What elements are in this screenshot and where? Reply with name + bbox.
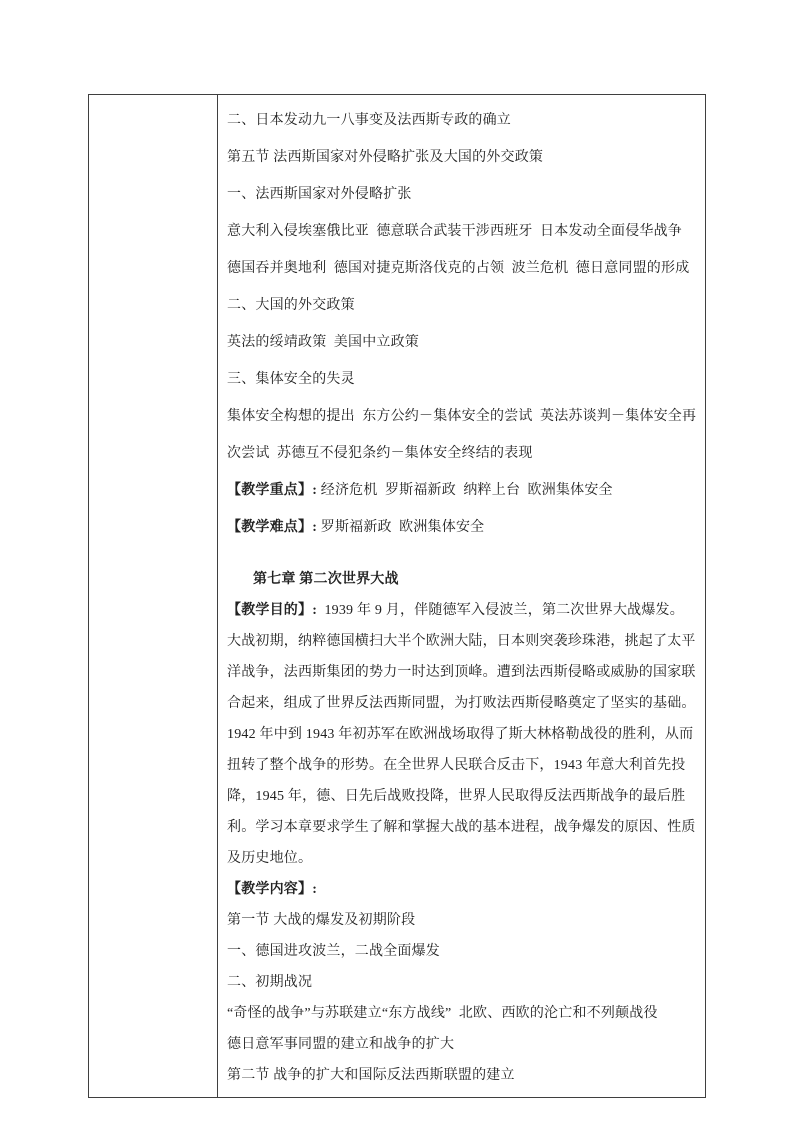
paragraph-line: 集体安全构想的提出 东方公约－集体安全的尝试 英法苏谈判－集体安全再次尝试 苏德… [227,398,698,472]
table-left-cell [89,95,218,1097]
teaching-focus-label: 【教学重点】: [227,483,317,498]
line-text: 二、初期战况 [227,975,312,990]
chapter-7-title: 第七章 第二次世界大战 [227,564,698,595]
paragraph-line: 一、德国进攻波兰，二战全面爆发 [227,936,698,967]
teaching-objective-label: 【教学目的】: [227,603,317,618]
paragraph-line: 英法的绥靖政策 美国中立政策 [227,324,698,361]
teaching-difficulty-label: 【教学难点】: [227,520,317,535]
line-text: 一、德国进攻波兰，二战全面爆发 [227,944,440,959]
table-right-cell: 二、日本发动九一八事变及法西斯专政的确立 第五节 法西斯国家对外侵略扩张及大国的… [218,95,705,1097]
line-text: 经济危机 罗斯福新政 纳粹上台 欧洲集体安全 [317,483,613,498]
line-text: 英法的绥靖政策 美国中立政策 [227,335,419,350]
paragraph-line: 二、大国的外交政策 [227,287,698,324]
section-1-heading: 第一节 大战的爆发及初期阶段 [227,905,698,936]
line-text: 第二节 战争的扩大和国际反法西斯联盟的建立 [227,1068,515,1083]
teaching-objective-line: 【教学目的】: 1939 年 9 月，伴随德军入侵波兰，第二次世界大战爆发。大战… [227,595,698,874]
line-text: 第一节 大战的爆发及初期阶段 [227,913,415,928]
line-text: 三、集体安全的失灵 [227,372,355,387]
teaching-difficulty-line: 【教学难点】: 罗斯福新政 欧洲集体安全 [227,509,698,546]
paragraph-line: “奇怪的战争”与苏联建立“东方战线” 北欧、西欧的沦亡和不列颠战役 [227,998,698,1029]
blank-line [227,546,698,564]
line-text: “奇怪的战争”与苏联建立“东方战线” 北欧、西欧的沦亡和不列颠战役 [227,1006,658,1021]
line-text: 二、大国的外交政策 [227,298,355,313]
syllabus-table: 二、日本发动九一八事变及法西斯专政的确立 第五节 法西斯国家对外侵略扩张及大国的… [88,94,706,1098]
section-2-heading: 第二节 战争的扩大和国际反法西斯联盟的建立 [227,1060,698,1091]
paragraph-line: 德日意军事同盟的建立和战争的扩大 [227,1029,698,1060]
line-text: 一、法西斯国家对外侵略扩张 [227,187,412,202]
line-text: 德日意军事同盟的建立和战争的扩大 [227,1037,454,1052]
teaching-content-line: 【教学内容】: [227,874,698,905]
line-text: 意大利入侵埃塞俄比亚 德意联合武装干涉西班牙 日本发动全面侵华战争 德国吞并奥地… [227,224,689,276]
paragraph-line: 二、初期战况 [227,967,698,998]
paragraph-line: 一、法西斯国家对外侵略扩张 [227,176,698,213]
line-text: 集体安全构想的提出 东方公约－集体安全的尝试 英法苏谈判－集体安全再次尝试 苏德… [227,409,696,461]
section-5-heading: 第五节 法西斯国家对外侵略扩张及大国的外交政策 [227,139,698,176]
line-text: 1939 年 9 月，伴随德军入侵波兰，第二次世界大战爆发。大战初期，纳粹德国横… [227,603,696,866]
paragraph-line: 意大利入侵埃塞俄比亚 德意联合武装干涉西班牙 日本发动全面侵华战争 德国吞并奥地… [227,213,698,287]
teaching-content-label: 【教学内容】: [227,882,317,897]
line-text: 第五节 法西斯国家对外侵略扩张及大国的外交政策 [227,150,543,165]
paragraph-line: 二、日本发动九一八事变及法西斯专政的确立 [227,102,698,139]
line-text: 二、日本发动九一八事变及法西斯专政的确立 [227,113,511,128]
teaching-focus-line: 【教学重点】: 经济危机 罗斯福新政 纳粹上台 欧洲集体安全 [227,472,698,509]
line-text: 罗斯福新政 欧洲集体安全 [317,520,484,535]
paragraph-line: 三、集体安全的失灵 [227,361,698,398]
chapter-title-text: 第七章 第二次世界大战 [253,572,399,587]
